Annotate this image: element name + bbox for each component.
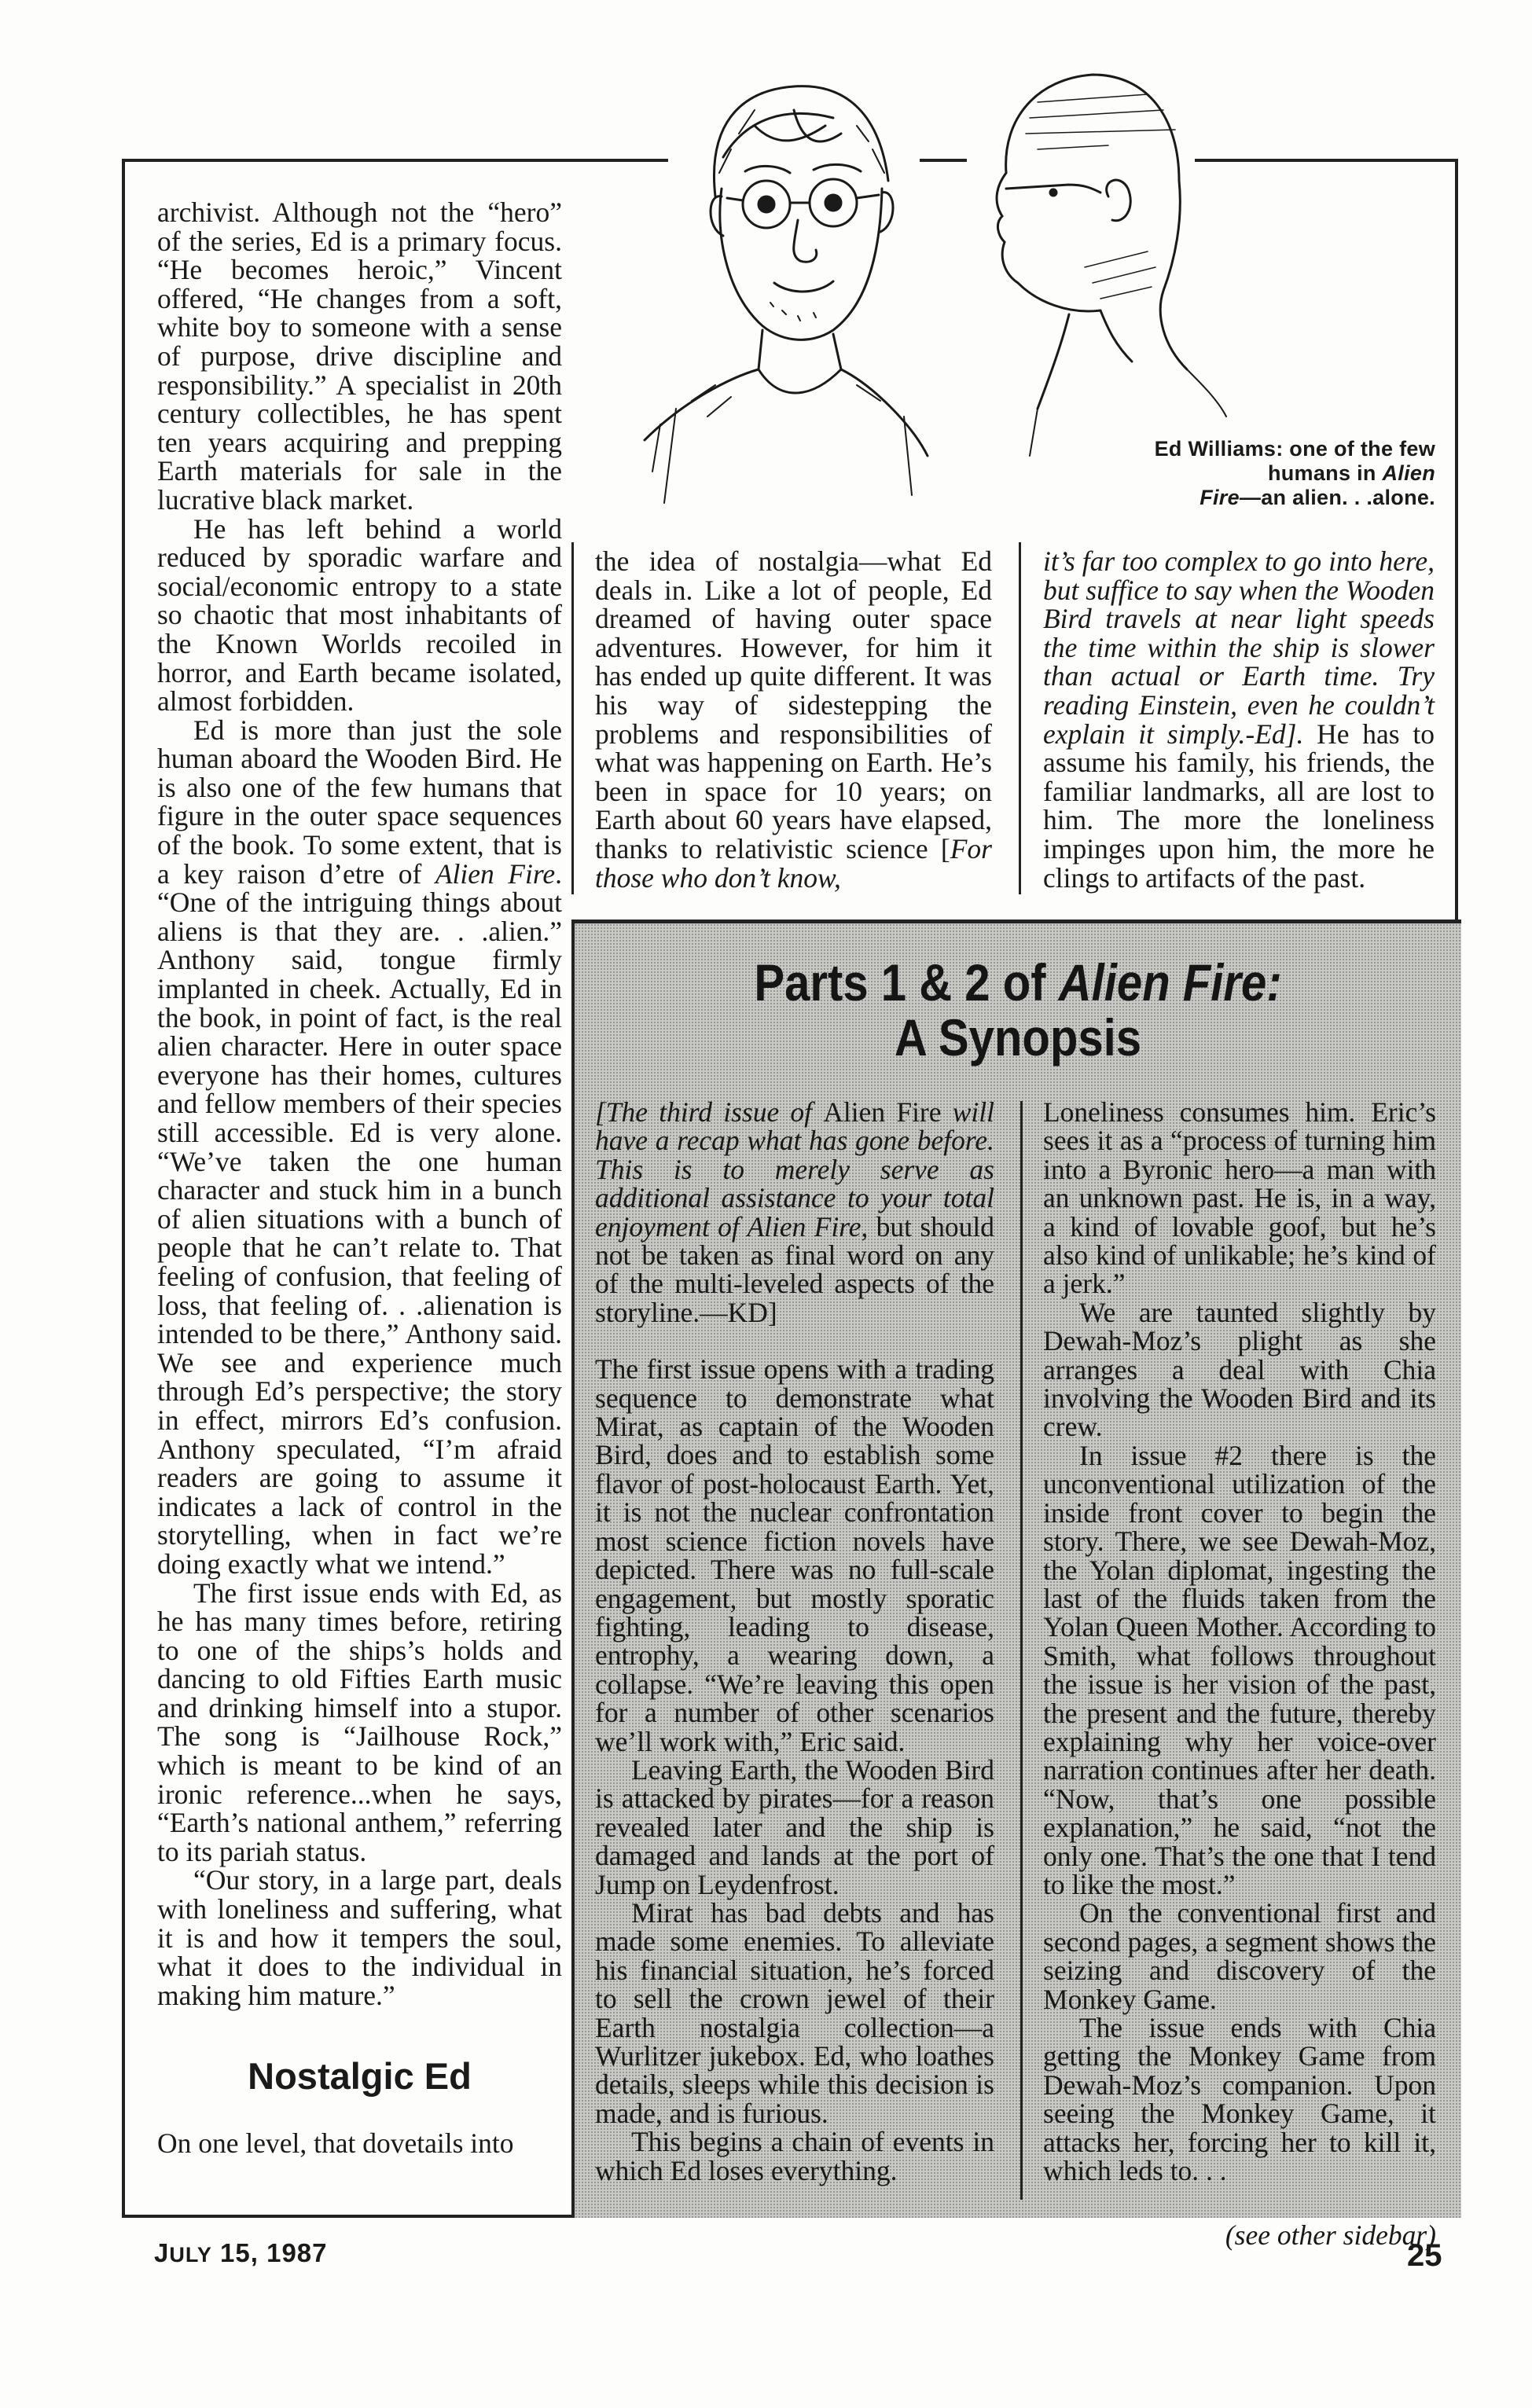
title-italic: Alien Fire: xyxy=(1059,953,1282,1011)
paragraph: The first issue ends with Ed, as he has … xyxy=(157,1579,562,1867)
note-italic: [The third issue of xyxy=(595,1096,823,1128)
paragraph: On the conventional first and second pag… xyxy=(1043,1899,1436,2013)
illustration-caption: Ed Williams: one of the few humans in Al… xyxy=(1085,437,1435,510)
synopsis-title: Parts 1 & 2 of Alien Fire: A Synopsis xyxy=(628,955,1409,1065)
title-text: A Synopsis xyxy=(895,1008,1141,1066)
left-column: archivist. Although not the “hero” of th… xyxy=(157,198,562,2158)
paragraph: The first issue opens with a trading seq… xyxy=(595,1355,994,1756)
paragraph: Mirat has bad debts and has made some en… xyxy=(595,1899,994,2127)
paragraph: This begins a chain of events in which E… xyxy=(595,2127,994,2185)
paragraph: On one level, that dovetails into xyxy=(157,2129,562,2158)
paragraph: He has left behind a world reduced by sp… xyxy=(157,515,562,716)
date-month: ULY xyxy=(169,2243,212,2267)
paragraph: We are taunted slightly by Dewah-Moz’s p… xyxy=(1043,1298,1436,1441)
caption-tail: —an alien. . .alone. xyxy=(1240,486,1435,509)
paragraph: it’s far too complex to go into here, bu… xyxy=(1043,547,1435,892)
note-roman: Alien Fire xyxy=(823,1096,941,1128)
issue-date: JULY 15, 1987 xyxy=(154,2238,328,2268)
caption-italic-title-2: Fire xyxy=(1200,486,1240,509)
column-rule xyxy=(1019,542,1021,894)
paragraph-text: the idea of nostalgia—what Ed deals in. … xyxy=(595,545,992,864)
editor-note: [The third issue of Alien Fire will have… xyxy=(595,1098,994,1327)
paragraph: In issue #2 there is the unconventional … xyxy=(1043,1441,1436,1900)
caption-italic-title: Alien xyxy=(1382,461,1435,485)
paragraph: Loneliness consumes him. Eric’s sees it … xyxy=(1043,1098,1436,1298)
right-column: it’s far too complex to go into here, bu… xyxy=(1043,547,1435,892)
section-subheading: Nostalgic Ed xyxy=(157,2057,562,2096)
synopsis-right-column: Loneliness consumes him. Eric’s sees it … xyxy=(1043,1098,1436,2250)
paragraph: Leaving Earth, the Wooden Bird is attack… xyxy=(595,1756,994,1899)
column-rule xyxy=(571,542,574,894)
paragraph: The issue ends with Chia getting the Mon… xyxy=(1043,2013,1436,2185)
column-rule xyxy=(1020,1101,1023,2200)
paragraph-text: . “One of the intriguing things about al… xyxy=(157,858,562,1580)
italic-title: Alien Fire xyxy=(435,858,555,890)
title-text: Parts 1 & 2 of xyxy=(754,953,1058,1011)
synopsis-left-column: [The third issue of Alien Fire will have… xyxy=(595,1098,994,2185)
middle-column: the idea of nostalgia—what Ed deals in. … xyxy=(595,547,992,892)
synopsis-sidebar: Parts 1 & 2 of Alien Fire: A Synopsis [T… xyxy=(571,920,1461,2218)
date-day-year: 15, 1987 xyxy=(212,2238,328,2267)
paragraph: Ed is more than just the sole human aboa… xyxy=(157,716,562,1579)
paragraph: “Our story, in a large part, deals with … xyxy=(157,1866,562,2010)
paragraph: the idea of nostalgia—what Ed deals in. … xyxy=(595,547,992,892)
date-initial: J xyxy=(154,2238,169,2267)
paragraph: archivist. Although not the “hero” of th… xyxy=(157,198,562,515)
see-other-sidebar-note: (see other sidebar) xyxy=(1043,2221,1436,2249)
page-number: 25 xyxy=(1407,2238,1442,2274)
